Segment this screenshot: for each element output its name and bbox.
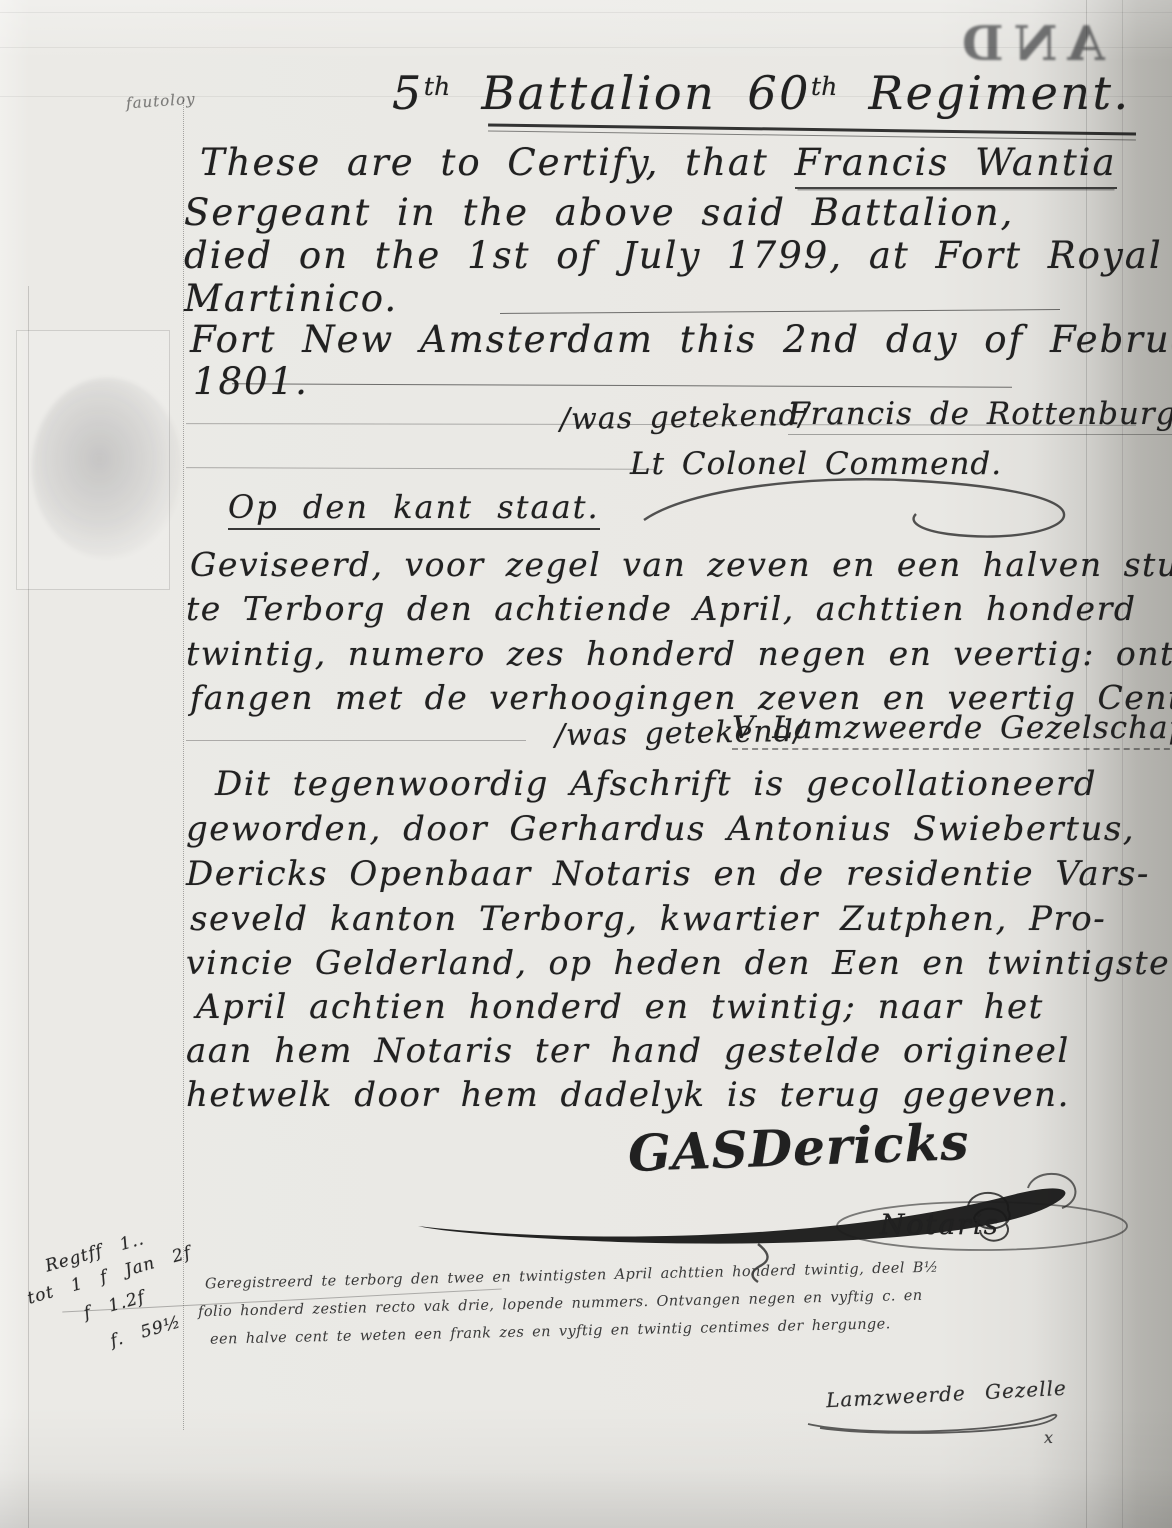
side-heading-text: Op den kant staat. (228, 488, 600, 530)
collation-line: seveld kanton Terborg, kwartier Zutphen,… (190, 899, 1106, 939)
certificate-line: Martinico. (184, 277, 398, 320)
certificate-line: died on the 1st of July 1799, at Fort Ro… (184, 234, 1163, 277)
collation-line: Dit tegenwoordig Afschrift is gecollatio… (215, 764, 1097, 804)
blank-rule (186, 740, 526, 741)
certificate-text: These are to Certify, that (200, 141, 795, 184)
dateline: 1801. (193, 360, 309, 403)
registration-signature-flourish (800, 1398, 1080, 1438)
document-scan: AND fautoloy 5th Battalion 60th Regiment… (0, 0, 1172, 1528)
title-ordinal: th (424, 72, 450, 101)
collation-line: hetwelk door hem dadelyk is terug gegeve… (186, 1075, 1070, 1115)
title-ordinal: th (811, 72, 837, 101)
marginal-note-top: fautoloy (125, 90, 196, 113)
scan-bottom-shadow (0, 1468, 1172, 1528)
dateline: Fort New Amsterdam this 2nd day of Febru… (190, 318, 1172, 361)
visa-line: twintig, numero zes honderd negen en vee… (186, 634, 1172, 673)
soldier-name: Francis Wantia (795, 141, 1117, 189)
blank-rule (186, 467, 656, 470)
collation-line: geworden, door Gerhardus Antonius Swiebe… (186, 809, 1135, 849)
fill-rule (500, 309, 1060, 314)
notary-title: Notaris (880, 1208, 1000, 1241)
title-part: 5 (392, 66, 424, 120)
signed-prefix: /was getekend/ (560, 398, 811, 437)
signatory-name-text: Francis de Rottenburg (788, 396, 1172, 435)
signatory-name-text: V Lamzweerde Gezelschap. (732, 710, 1172, 750)
signatory-name: Francis de Rottenburg (788, 396, 1172, 432)
registration-line: een halve cent te weten een frank zes en… (210, 1316, 891, 1347)
title-part: Regiment. (837, 66, 1130, 120)
certificate-line: Sergeant in the above said Battalion, (184, 191, 1014, 234)
registration-line: Geregistreerd te terborg den twee en twi… (205, 1260, 939, 1293)
collation-line: aan hem Notaris ter hand gestelde origin… (186, 1031, 1070, 1071)
title-underline (488, 123, 1136, 140)
fold-crease (1122, 0, 1123, 1528)
visa-line: te Terborg den achtiende April, achttien… (186, 589, 1136, 628)
registration-line: folio honderd zestien recto vak drie, lo… (198, 1288, 923, 1320)
page-mark: x (1044, 1428, 1055, 1447)
document-title: 5th Battalion 60th Regiment. (392, 66, 1131, 120)
collation-line: April achtien honderd en twintig; naar h… (196, 987, 1044, 1027)
certificate-line: These are to Certify, that Francis Wanti… (200, 141, 1117, 184)
title-part: Battalion 60 (450, 66, 811, 120)
collation-line: Dericks Openbaar Notaris en de residenti… (186, 854, 1150, 894)
seal-impression (32, 378, 182, 558)
side-heading: Op den kant staat. (228, 488, 600, 526)
visa-line: Geviseerd, voor zegel van zeven en een h… (190, 545, 1172, 584)
scan-artifact-line (0, 12, 1172, 13)
signature-flourish (630, 470, 1080, 550)
bleed-through-text: AND (952, 16, 1105, 72)
margin-fee-notes: Regtff 1.. tot 1 f Jan 2f f 1.2f f. 59½ (10, 1218, 211, 1373)
collation-line: vincie Gelderland, op heden den Een en t… (186, 943, 1172, 982)
signatory-name: V Lamzweerde Gezelschap. (732, 710, 1172, 746)
fill-rule (232, 383, 1012, 387)
